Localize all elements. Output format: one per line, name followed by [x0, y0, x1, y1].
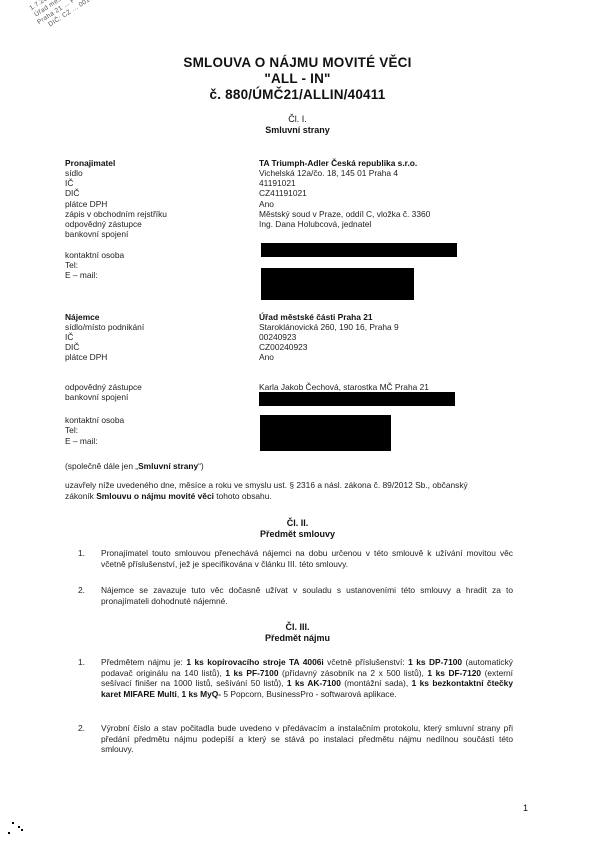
- lessor-contact-label: Tel:: [65, 260, 78, 270]
- lessee-contact-label: E – mail:: [65, 436, 98, 446]
- item-text-bold: 1 ks AK-7100: [287, 678, 341, 688]
- lessor-value: Městský soud v Praze, oddíl C, vložka č.…: [259, 209, 430, 219]
- lessee-label: IČ: [65, 332, 73, 342]
- page-number: 1: [523, 803, 528, 813]
- item-number: 2.: [78, 585, 85, 596]
- jointly-note: (společně dále jen „Smluvní strany“): [65, 461, 204, 471]
- article-3-heading: Čl. III. Předmět nájmu: [0, 622, 595, 644]
- lessee-label: plátce DPH: [65, 352, 107, 362]
- article-name: Předmět nájmu: [0, 633, 595, 644]
- article-name: Předmět smlouvy: [0, 529, 595, 540]
- scan-speck: [18, 826, 20, 828]
- item-text: Pronajímatel touto smlouvou přenechává n…: [101, 548, 513, 569]
- lessee-contact-label: Tel:: [65, 425, 78, 435]
- preamble-text-end: tohoto obsahu.: [214, 491, 272, 501]
- lessor-label: sídlo: [65, 168, 83, 178]
- lessor-heading: Pronajimatel: [65, 158, 115, 168]
- lessee-heading: Nájemce: [65, 312, 99, 322]
- scan-speck: [21, 829, 23, 831]
- lessee-value: Staroklánovická 260, 190 16, Praha 9: [259, 322, 399, 332]
- lessee-value: Ano: [259, 352, 274, 362]
- list-item: 2. Výrobní číslo a stav počitadla bude u…: [78, 723, 518, 756]
- lessor-value: 41191021: [259, 178, 296, 188]
- scan-speck: [8, 832, 10, 834]
- list-item: 2. Nájemce se zavazuje tuto věc dočasně …: [78, 585, 518, 607]
- preamble: uzavřely níže uvedeného dne, měsíce a ro…: [65, 480, 490, 502]
- item-text-segment: (přídavný zásobník na 2 x 500 listů),: [279, 668, 428, 678]
- item-text-segment: včetně příslušenství:: [324, 657, 408, 667]
- article-number: Čl. I.: [0, 114, 595, 125]
- lessor-label: bankovní spojení: [65, 229, 128, 239]
- lessee-name: Úřad městské části Praha 21: [259, 312, 373, 322]
- item-text-bold: 1 ks DF-7120: [427, 668, 481, 678]
- lessor-value: CZ41191021: [259, 188, 307, 198]
- lessee-label: sídlo/místo podnikání: [65, 322, 144, 332]
- item-text-bold: 1 ks PF-7100: [225, 668, 278, 678]
- item-text-bold: 1 ks kopírovacího stroje TA 4006i: [186, 657, 323, 667]
- jointly-bold: Smluvní strany: [138, 461, 198, 471]
- article-number: Čl. II.: [0, 518, 595, 529]
- article-name: Smluvní strany: [0, 125, 595, 136]
- preamble-bold: Smlouvu o nájmu movité věci: [96, 491, 214, 501]
- item-text-segment: 5 Popcorn, BusinessPro - softwarová apli…: [221, 689, 397, 699]
- lessor-value: Ano: [259, 199, 274, 209]
- redaction-bank-lessor: [261, 243, 457, 257]
- item-number: 1.: [78, 657, 85, 668]
- item-text-segment: Předmětem nájmu je:: [101, 657, 186, 667]
- article-number: Čl. III.: [0, 622, 595, 633]
- lessee-rep-label: bankovní spojení: [65, 392, 128, 402]
- item-text-bold: 1 ks MyQ-: [182, 689, 222, 699]
- jointly-suffix: “): [198, 461, 204, 471]
- lessor-contact-label: E – mail:: [65, 270, 98, 280]
- lessor-value: Vichelská 12a/čo. 18, 145 01 Praha 4: [259, 168, 398, 178]
- item-text: Nájemce se zavazuje tuto věc dočasně uží…: [101, 585, 513, 606]
- item-number: 2.: [78, 723, 85, 734]
- registration-stamp: 1.7.2021 / 1:1/2351 Úřad městské části P…: [4, 0, 122, 49]
- item-text: Výrobní číslo a stav počitadla bude uved…: [101, 723, 513, 755]
- lessor-value: Ing. Dana Holubcová, jednatel: [259, 219, 371, 229]
- lessor-name: TA Triumph-Adler Česká republika s.r.o.: [259, 158, 417, 168]
- redaction-contact-lessor: [261, 268, 414, 300]
- list-item: 1. Předmětem nájmu je: 1 ks kopírovacího…: [78, 657, 518, 712]
- article-1-heading: Čl. I. Smluvní strany: [0, 114, 595, 136]
- document-title: SMLOUVA O NÁJMU MOVITÉ VĚCI "ALL - IN" č…: [0, 55, 595, 103]
- title-line-2: "ALL - IN": [0, 71, 595, 87]
- lessor-label: IČ: [65, 178, 73, 188]
- list-item: 1. Pronajímatel touto smlouvou přenecháv…: [78, 548, 518, 570]
- lessor-label: DIČ: [65, 188, 79, 198]
- scan-speck: [12, 822, 14, 824]
- lessee-value: 00240923: [259, 332, 296, 342]
- redaction-contact-lessee: [260, 415, 391, 451]
- item-text-segment: (montážní sada),: [341, 678, 412, 688]
- article-2-heading: Čl. II. Předmět smlouvy: [0, 518, 595, 540]
- redaction-bank-lessee: [259, 392, 455, 406]
- lessee-rep-value: Karla Jakob Čechová, starostka MČ Praha …: [259, 382, 429, 392]
- jointly-prefix: (společně dále jen „: [65, 461, 138, 471]
- lessee-rep-label: odpovědný zástupce: [65, 382, 142, 392]
- title-line-1: SMLOUVA O NÁJMU MOVITÉ VĚCI: [0, 55, 595, 71]
- item-text-bold: 1 ks DP-7100: [408, 657, 462, 667]
- lessee-label: DIČ: [65, 342, 79, 352]
- lessor-label: zápis v obchodním rejstříku: [65, 209, 167, 219]
- lessor-contact-label: kontaktní osoba: [65, 250, 124, 260]
- item-number: 1.: [78, 548, 85, 559]
- contract-number: č. 880/ÚMČ21/ALLIN/40411: [0, 87, 595, 103]
- lessee-contact-label: kontaktní osoba: [65, 415, 124, 425]
- item-text: Předmětem nájmu je: 1 ks kopírovacího st…: [101, 657, 513, 699]
- lessee-value: CZ00240923: [259, 342, 307, 352]
- lessor-label: plátce DPH: [65, 199, 107, 209]
- lessor-label: odpovědný zástupce: [65, 219, 142, 229]
